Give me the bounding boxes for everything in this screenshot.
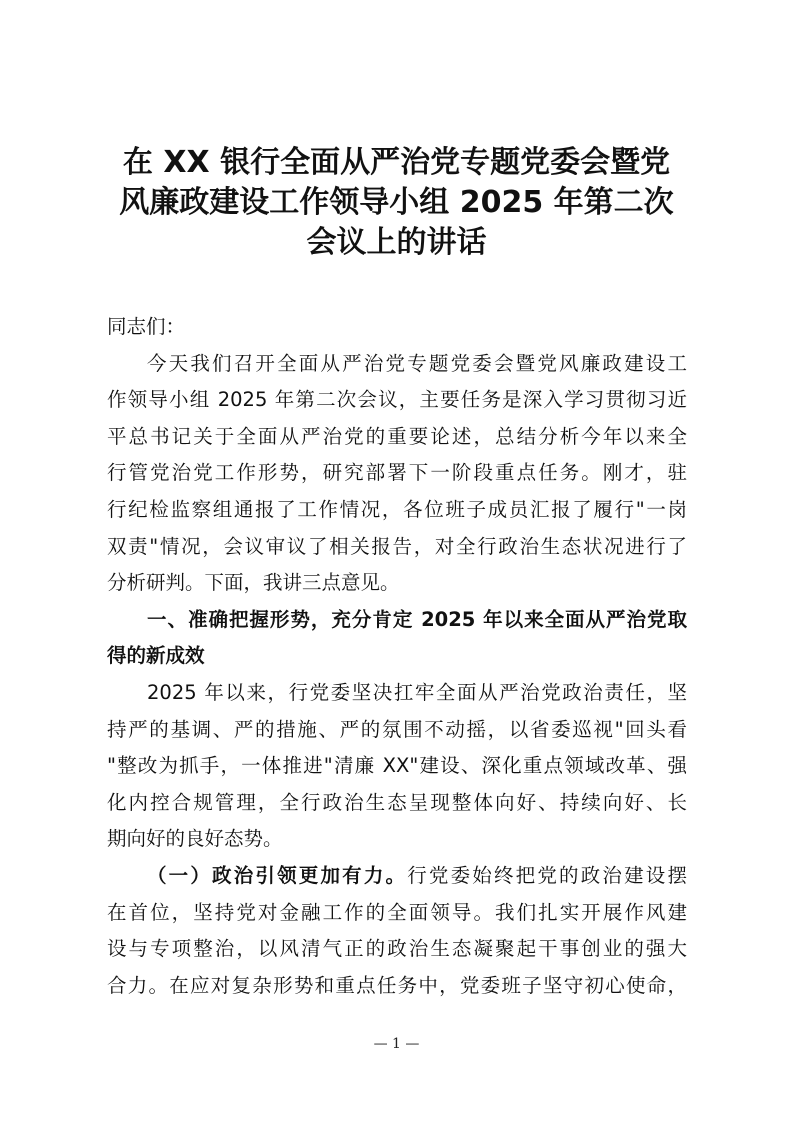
document-page: 在 XX 银行全面从严治党专题党委会暨党 风廉政建设工作领导小组 2025 年第…: [0, 0, 793, 1122]
subsection-lead-rest: 行党委始终把党的政治建设摆: [407, 864, 687, 887]
title-line-1: 在 XX 银行全面从严治党专题党委会暨党: [100, 143, 693, 183]
paragraph-line: 行管党治党工作形势，研究部署下一阶段重点任务。刚才，驻: [107, 455, 687, 492]
paragraph-line: 平总书记关于全面从严治党的重要论述，总结分析今年以来全: [107, 419, 687, 456]
paragraph-section-1: 2025 年以来，行党委坚决扛牢全面从严治党政治责任，坚 持严的基调、严的措施、…: [107, 675, 687, 858]
subsection-lead: （一）政治引领更加有力。: [147, 864, 407, 887]
heading-line: 一、准确把握形势，充分肯定 2025 年以来全面从严治党取: [107, 602, 687, 639]
paragraph-line: 2025 年以来，行党委坚决扛牢全面从严治党政治责任，坚: [107, 675, 687, 712]
paragraph-line: "整改为抓手，一体推进"清廉 XX"建设、深化重点领域改革、强: [107, 748, 687, 785]
paragraph-line: 行纪检监察组通报了工作情况，各位班子成员汇报了履行"一岗: [107, 492, 687, 529]
paragraph-line: 今天我们召开全面从严治党专题党委会暨党风廉政建设工: [107, 346, 687, 383]
title-line-3: 会议上的讲话: [100, 223, 693, 263]
title-line-2: 风廉政建设工作领导小组 2025 年第二次: [100, 183, 693, 223]
heading-line: 得的新成效: [107, 638, 687, 675]
document-body: 同志们： 今天我们召开全面从严治党专题党委会暨党风廉政建设工 作领导小组 202…: [107, 309, 687, 1004]
paragraph-line: 设与专项整治，以风清气正的政治生态凝聚起干事创业的强大: [107, 931, 687, 968]
section-heading-1: 一、准确把握形势，充分肯定 2025 年以来全面从严治党取 得的新成效: [107, 602, 687, 675]
paragraph-line: 持严的基调、严的措施、严的氛围不动摇，以省委巡视"回头看: [107, 712, 687, 749]
paragraph-line: 在首位，坚持党对金融工作的全面领导。我们扎实开展作风建: [107, 895, 687, 932]
document-title: 在 XX 银行全面从严治党专题党委会暨党 风廉政建设工作领导小组 2025 年第…: [100, 143, 693, 263]
paragraph-line: 分析研判。下面，我讲三点意见。: [107, 565, 687, 602]
paragraph-intro: 今天我们召开全面从严治党专题党委会暨党风廉政建设工 作领导小组 2025 年第二…: [107, 346, 687, 602]
paragraph-line: 双责"情况，会议审议了相关报告，对全行政治生态状况进行了: [107, 529, 687, 566]
salutation: 同志们：: [107, 309, 687, 346]
paragraph-line: 期向好的良好态势。: [107, 821, 687, 858]
paragraph-line: （一）政治引领更加有力。行党委始终把党的政治建设摆: [107, 858, 687, 895]
paragraph-line: 合力。在应对复杂形势和重点任务中，党委班子坚守初心使命，: [107, 968, 687, 1005]
paragraph-subsection-1: （一）政治引领更加有力。行党委始终把党的政治建设摆 在首位，坚持党对金融工作的全…: [107, 858, 687, 1004]
page-number: — 1 —: [0, 1036, 793, 1052]
paragraph-line: 化内控合规管理，全行政治生态呈现整体向好、持续向好、长: [107, 785, 687, 822]
paragraph-line: 作领导小组 2025 年第二次会议，主要任务是深入学习贯彻习近: [107, 382, 687, 419]
